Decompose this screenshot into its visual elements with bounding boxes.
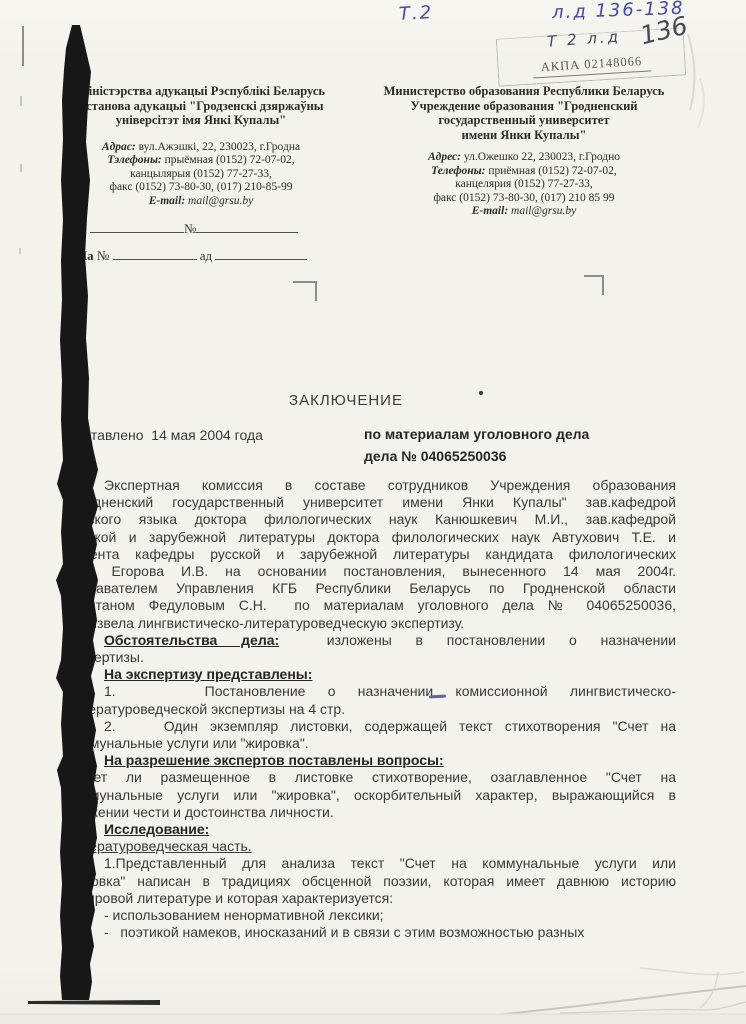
case-reference-line: по материалам уголовного дела <box>364 423 589 445</box>
case-reference-line: дела № 04065250036 <box>364 445 589 467</box>
body-line: доцента кафедры русской и зарубежной лит… <box>66 546 676 563</box>
blank-line <box>113 247 197 260</box>
body-line: наук Егорова И.В. на основании постановл… <box>66 563 676 580</box>
org-address: Адрес: ул.Ожешко 22, 230023, г.Гродно Те… <box>381 151 667 219</box>
torn-edge <box>688 34 694 110</box>
org-name-line: государственный университет <box>381 113 667 128</box>
na-label: На <box>77 248 94 263</box>
org-name-line: Учреждение образования "Гродненский <box>381 99 667 114</box>
body-line: Обстоятельства дела: изложены в постанов… <box>66 632 676 649</box>
org-name-line: имени Янки Купалы" <box>381 128 667 143</box>
address-label: Адрес: <box>428 151 461 163</box>
email-label: E-mail: <box>149 195 185 207</box>
band-bottom-line <box>28 1000 160 1005</box>
stamp-number: АКПА 02148066 <box>532 53 650 78</box>
body-line: Исследование: <box>66 821 676 838</box>
body-line: Имеет ли размещенное в листовке стихотво… <box>66 769 676 786</box>
blank-line <box>90 220 184 233</box>
blank-line <box>196 220 298 233</box>
address-line: канцелярия (0152) 77-27-33, <box>381 178 667 192</box>
body-line: - использованием ненормативной лексики; <box>66 907 676 924</box>
ad-label: ад <box>200 248 212 263</box>
address-value: ул.Ожешко 22, 230023, г.Гродно <box>461 151 620 163</box>
body-line: 2. Один экземпляр листовки, содержащей т… <box>66 718 676 735</box>
ink-dot <box>479 391 483 395</box>
address-value: приёмная (0152) 72-07-02, <box>486 165 617 177</box>
body-line: На разрешение экспертов поставлены вопро… <box>66 752 676 769</box>
body-line: дознавателем Управления КГБ Республики Б… <box>66 580 676 597</box>
section-heading: На разрешение экспертов поставлены вопро… <box>104 752 444 768</box>
crease-line <box>640 968 744 975</box>
handwritten-volume-note: Т.2 <box>398 2 433 25</box>
address-value: канцылярыя (0152) 77-27-33, <box>130 168 272 180</box>
email-value: mail@grsu.by <box>185 195 253 207</box>
body-line: - поэтикой намеков, иносказаний и в связ… <box>66 924 676 941</box>
incoming-reference-line: На № ад <box>77 247 307 264</box>
body-line: экспертизы. <box>66 649 676 666</box>
body-line: "Гродненский государственный университет… <box>66 494 676 511</box>
letterhead-belarusian: Міністэрства адукацыі Рэспублікі Беларус… <box>68 84 334 208</box>
document-body: Экспертная комиссия в составе сотруднико… <box>66 477 676 941</box>
address-line: E-mail: mail@grsu.by <box>68 195 334 209</box>
org-name-line: універсітэт імя Янкі Купалы" <box>68 113 334 128</box>
section-heading: Обстоятельства дела: <box>104 632 279 648</box>
address-value: факс (0152) 73-80-30, (017) 210 85 99 <box>433 192 614 204</box>
scan-bottom-strip <box>0 1014 746 1024</box>
section-heading: На экспертизу представлены: <box>104 666 312 682</box>
org-name-line: Міністэрства адукацыі Рэспублікі Беларус… <box>68 84 334 99</box>
body-line: Экспертная комиссия в составе сотруднико… <box>66 477 676 494</box>
body-text-run: изложены в постановлении о назначении <box>279 632 676 648</box>
number-symbol: № <box>184 221 196 236</box>
body-line: литературоведческой экспертизы на 4 стр. <box>66 701 676 718</box>
address-label: Тэлефоны: <box>107 154 161 166</box>
crop-mark-left <box>293 282 316 301</box>
org-address: Адрас: вул.Ажэшкі, 22, 230023, г.Гродна … <box>68 141 334 209</box>
body-line: русского языка доктора филологических на… <box>66 511 676 528</box>
blank-line <box>215 247 307 260</box>
torn-edge <box>698 78 704 128</box>
body-line: Литературоведческая часть. <box>66 838 676 855</box>
address-value: канцелярия (0152) 77-27-33, <box>455 178 593 190</box>
outgoing-reference-line: № <box>90 220 298 237</box>
body-line: 1. Постановление о назначении комиссионн… <box>66 683 676 700</box>
address-label: Телефоны: <box>431 165 485 177</box>
body-line: унижении чести и достоинства личности. <box>66 804 676 821</box>
compiled-date: Составлено 14 мая 2004 года <box>66 427 263 443</box>
email-value: mail@grsu.by <box>508 205 576 217</box>
number-symbol: № <box>97 248 109 263</box>
address-line: E-mail: mail@grsu.by <box>381 205 667 219</box>
body-line: русской и зарубежной литературы доктора … <box>66 529 676 546</box>
subsection-heading: Литературоведческая часть. <box>66 838 252 854</box>
crease-line <box>485 986 746 1016</box>
body-line: 1.Представленный для анализа текст "Счет… <box>66 855 676 872</box>
body-line: коммунальные услуги или "жировка". <box>66 735 676 752</box>
crease-line <box>560 1002 746 1013</box>
address-value: прыёмная (0152) 72-07-02, <box>162 154 295 166</box>
body-line: произвела лингвистическо-литературоведче… <box>66 615 676 632</box>
org-name-line: Установа адукацыі "Гродзенскі дзяржаўны <box>68 99 334 114</box>
org-name-line: Министерство образования Республики Бела… <box>381 84 667 99</box>
address-line: Адрес: ул.Ожешко 22, 230023, г.Гродно <box>381 151 667 165</box>
body-line: жировка" написан в традициях обсценной п… <box>66 873 676 890</box>
crop-mark-right <box>584 276 603 295</box>
crease-line <box>700 972 718 1008</box>
address-line: факс (0152) 73-80-30, (017) 210-85-99 <box>68 181 334 195</box>
scanned-document-page: Т.2 л.д 136-138 АКПА 02148066 Т 2 л.д 13… <box>0 0 746 1024</box>
letterhead-russian: Министерство образования Республики Бела… <box>381 84 667 219</box>
section-heading: Исследование: <box>104 821 209 837</box>
address-value: вул.Ажэшкі, 22, 230023, г.Гродна <box>136 141 300 153</box>
address-value: факс (0152) 73-80-30, (017) 210-85-99 <box>110 181 293 193</box>
case-reference: по материалам уголовного дела дела № 040… <box>364 423 589 467</box>
document-title: ЗАКЛЮЧЕНИЕ <box>66 392 626 409</box>
address-line: Тэлефоны: прыёмная (0152) 72-07-02, <box>68 154 334 168</box>
body-line: коммунальные услуги или "жировка", оскор… <box>66 787 676 804</box>
body-line: капитаном Федуловым С.Н. по материалам у… <box>66 597 676 614</box>
address-line: Адрас: вул.Ажэшкі, 22, 230023, г.Гродна <box>68 141 334 155</box>
address-line: канцылярыя (0152) 77-27-33, <box>68 168 334 182</box>
body-line: На экспертизу представлены: <box>66 666 676 683</box>
email-label: E-mail: <box>472 205 508 217</box>
body-line: в мировой литературе и которая характери… <box>66 890 676 907</box>
address-line: факс (0152) 73-80-30, (017) 210 85 99 <box>381 192 667 206</box>
address-label: Адрас: <box>102 141 136 153</box>
address-line: Телефоны: приёмная (0152) 72-07-02, <box>381 165 667 179</box>
